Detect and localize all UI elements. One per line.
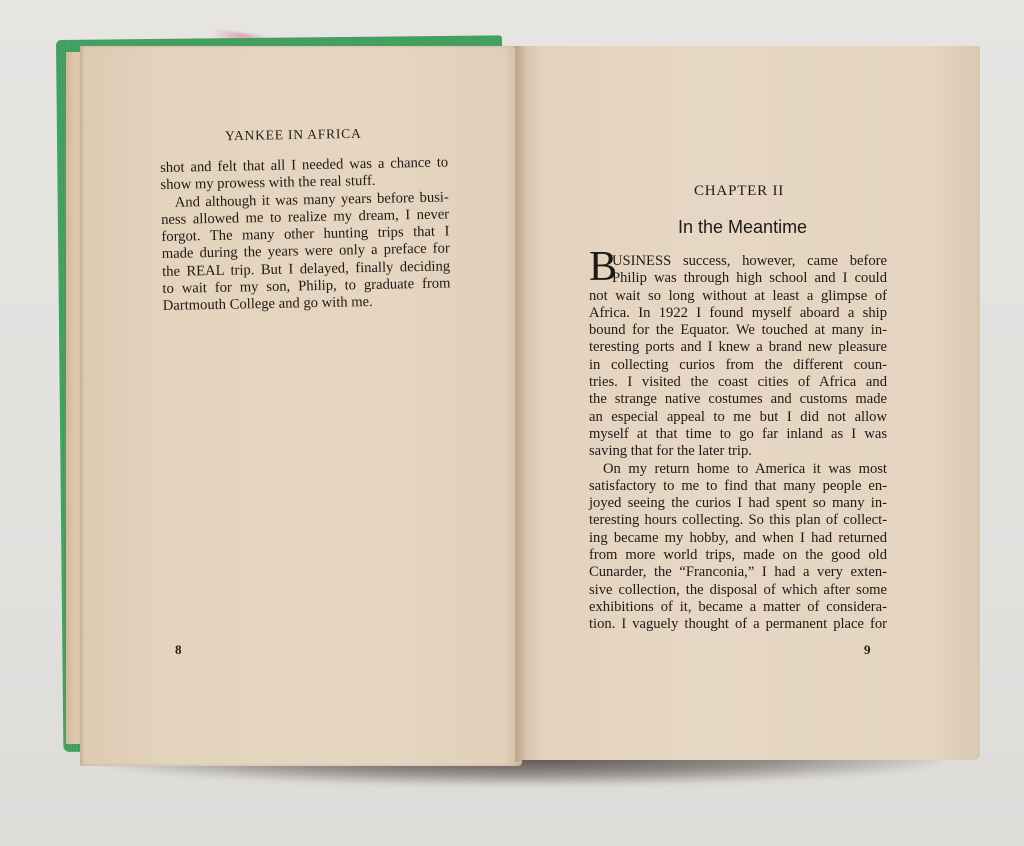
text-line: Cunarder, the “Franconia,” I had a very … [589,564,887,581]
text-line: Africa. In 1922 I found myself aboard a … [589,305,887,322]
open-book-photo: YANKEE IN AFRICA shot and felt that all … [0,0,1024,846]
page-number-left: 8 [175,642,182,658]
text-line: exhibitions of it, became a matter of co… [589,599,887,616]
text-line: ing became my hobby, and when I had retu… [589,530,887,547]
text-line: teresting ports and I knew a brand new p… [589,339,887,356]
running-head: YANKEE IN AFRICA [225,126,362,144]
text-line: teresting hours collecting. So this plan… [589,512,887,529]
text-line: satisfactory to me to find that many peo… [589,478,887,495]
text-line: the strange native costumes and customs … [589,391,887,408]
text-line: tion. I vaguely thought of a permanent p… [589,616,887,633]
right-page-body: USINESS success, however, came before Ph… [589,253,887,634]
chapter-number: CHAPTER II [694,183,784,200]
text-line: On my return home to America it was most [589,461,887,478]
book-gutter [515,46,525,762]
text-line: tries. I visited the coast cities of Afr… [589,374,887,391]
left-page [80,46,522,766]
text-line: myself at that time to go far inland as … [589,426,887,443]
page-number-right: 9 [864,642,871,658]
text-line: an especial appeal to me but I did not a… [589,409,887,426]
text-line: bound for the Equator. We touched at man… [589,322,887,339]
text-line: saving that for the later trip. [589,443,887,460]
left-page-body: shot and felt that all I needed was a ch… [160,154,451,315]
text-line: not wait so long without at least a glim… [589,288,887,305]
text-line: joyed seeing the curios I had spent so m… [589,495,887,512]
text-line: sive collection, the disposal of which a… [589,582,887,599]
text-line: in collecting curios from the different … [589,357,887,374]
chapter-title: In the Meantime [678,217,807,238]
text-line: from more world trips, made on the good … [589,547,887,564]
text-line: USINESS success, however, came before [589,253,887,270]
text-line: Philip was through high school and I cou… [589,270,887,287]
